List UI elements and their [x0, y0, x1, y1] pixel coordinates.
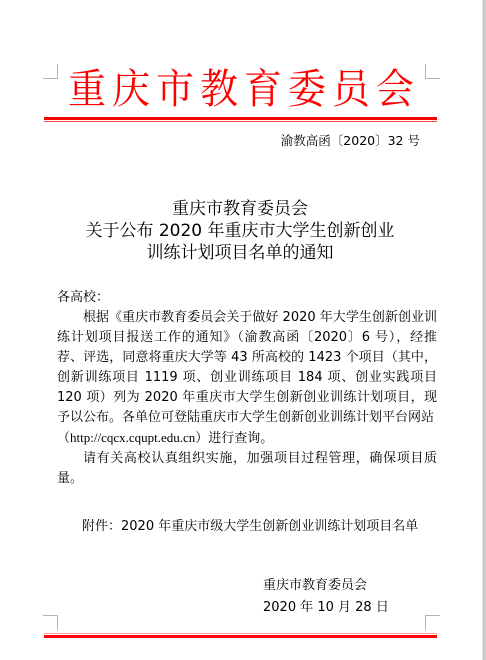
masthead-char: 市: [156, 62, 194, 116]
salutation: 各高校：: [57, 288, 437, 308]
masthead-char: 育: [244, 62, 282, 116]
masthead-char: 庆: [112, 62, 150, 116]
body-paragraph-1: 根据《重庆市教育委员会关于做好 2020 年大学生创新创业训练计划项目报送工作的…: [57, 308, 437, 449]
title-line-2: 关于公布 2020 年重庆市大学生创新创业: [40, 220, 440, 242]
platform-url-link[interactable]: http://cqcx.cqupt.edu.cn: [70, 430, 195, 445]
document-page: 重 庆 市 教 育 委 员 会 渝教高函〔2020〕32 号 重庆市教育委员会 …: [0, 0, 483, 660]
footer-red-rule-thin: [44, 633, 437, 634]
document-number: 渝教高函〔2020〕32 号: [281, 131, 420, 151]
body-paragraph-2: 请有关高校认真组织实施，加强项目过程管理，确保项目质量。: [57, 449, 437, 489]
masthead-char: 重: [68, 62, 106, 116]
masthead-char: 教: [200, 62, 238, 116]
vertical-scrollbar[interactable]: [482, 0, 486, 660]
masthead-char: 会: [376, 62, 414, 116]
masthead-red-rule-thick: [44, 117, 437, 120]
signature-block: 重庆市教育委员会 2020 年 10 月 28 日: [263, 575, 389, 619]
title-line-1: 重庆市教育委员会: [40, 198, 440, 220]
masthead-char: 委: [288, 62, 326, 116]
margin-corner-mark-bottom-right: [425, 615, 440, 630]
footer-red-rule-thick: [44, 635, 437, 638]
title-line-3: 训练计划项目名单的通知: [40, 242, 440, 264]
document-title: 重庆市教育委员会 关于公布 2020 年重庆市大学生创新创业 训练计划项目名单的…: [40, 198, 440, 264]
margin-corner-mark-bottom-left: [43, 615, 58, 630]
attachment-line: 附件：2020 年重庆市级大学生创新创业训练计划项目名单: [82, 517, 418, 537]
document-body: 各高校： 根据《重庆市教育委员会关于做好 2020 年大学生创新创业训练计划项目…: [57, 288, 437, 489]
masthead-red-rule-thin: [44, 121, 437, 122]
red-masthead-title: 重 庆 市 教 育 委 员 会: [44, 64, 438, 114]
paragraph-1-text: 根据《重庆市教育委员会关于做好 2020 年大学生创新创业训练计划项目报送工作的…: [57, 310, 437, 425]
url-close-text: ）进行查询。: [195, 431, 273, 446]
masthead-char: 员: [332, 62, 370, 116]
issue-date: 2020 年 10 月 28 日: [263, 597, 389, 619]
url-open-paren: （: [57, 431, 70, 446]
issuer-name: 重庆市教育委员会: [263, 575, 389, 597]
